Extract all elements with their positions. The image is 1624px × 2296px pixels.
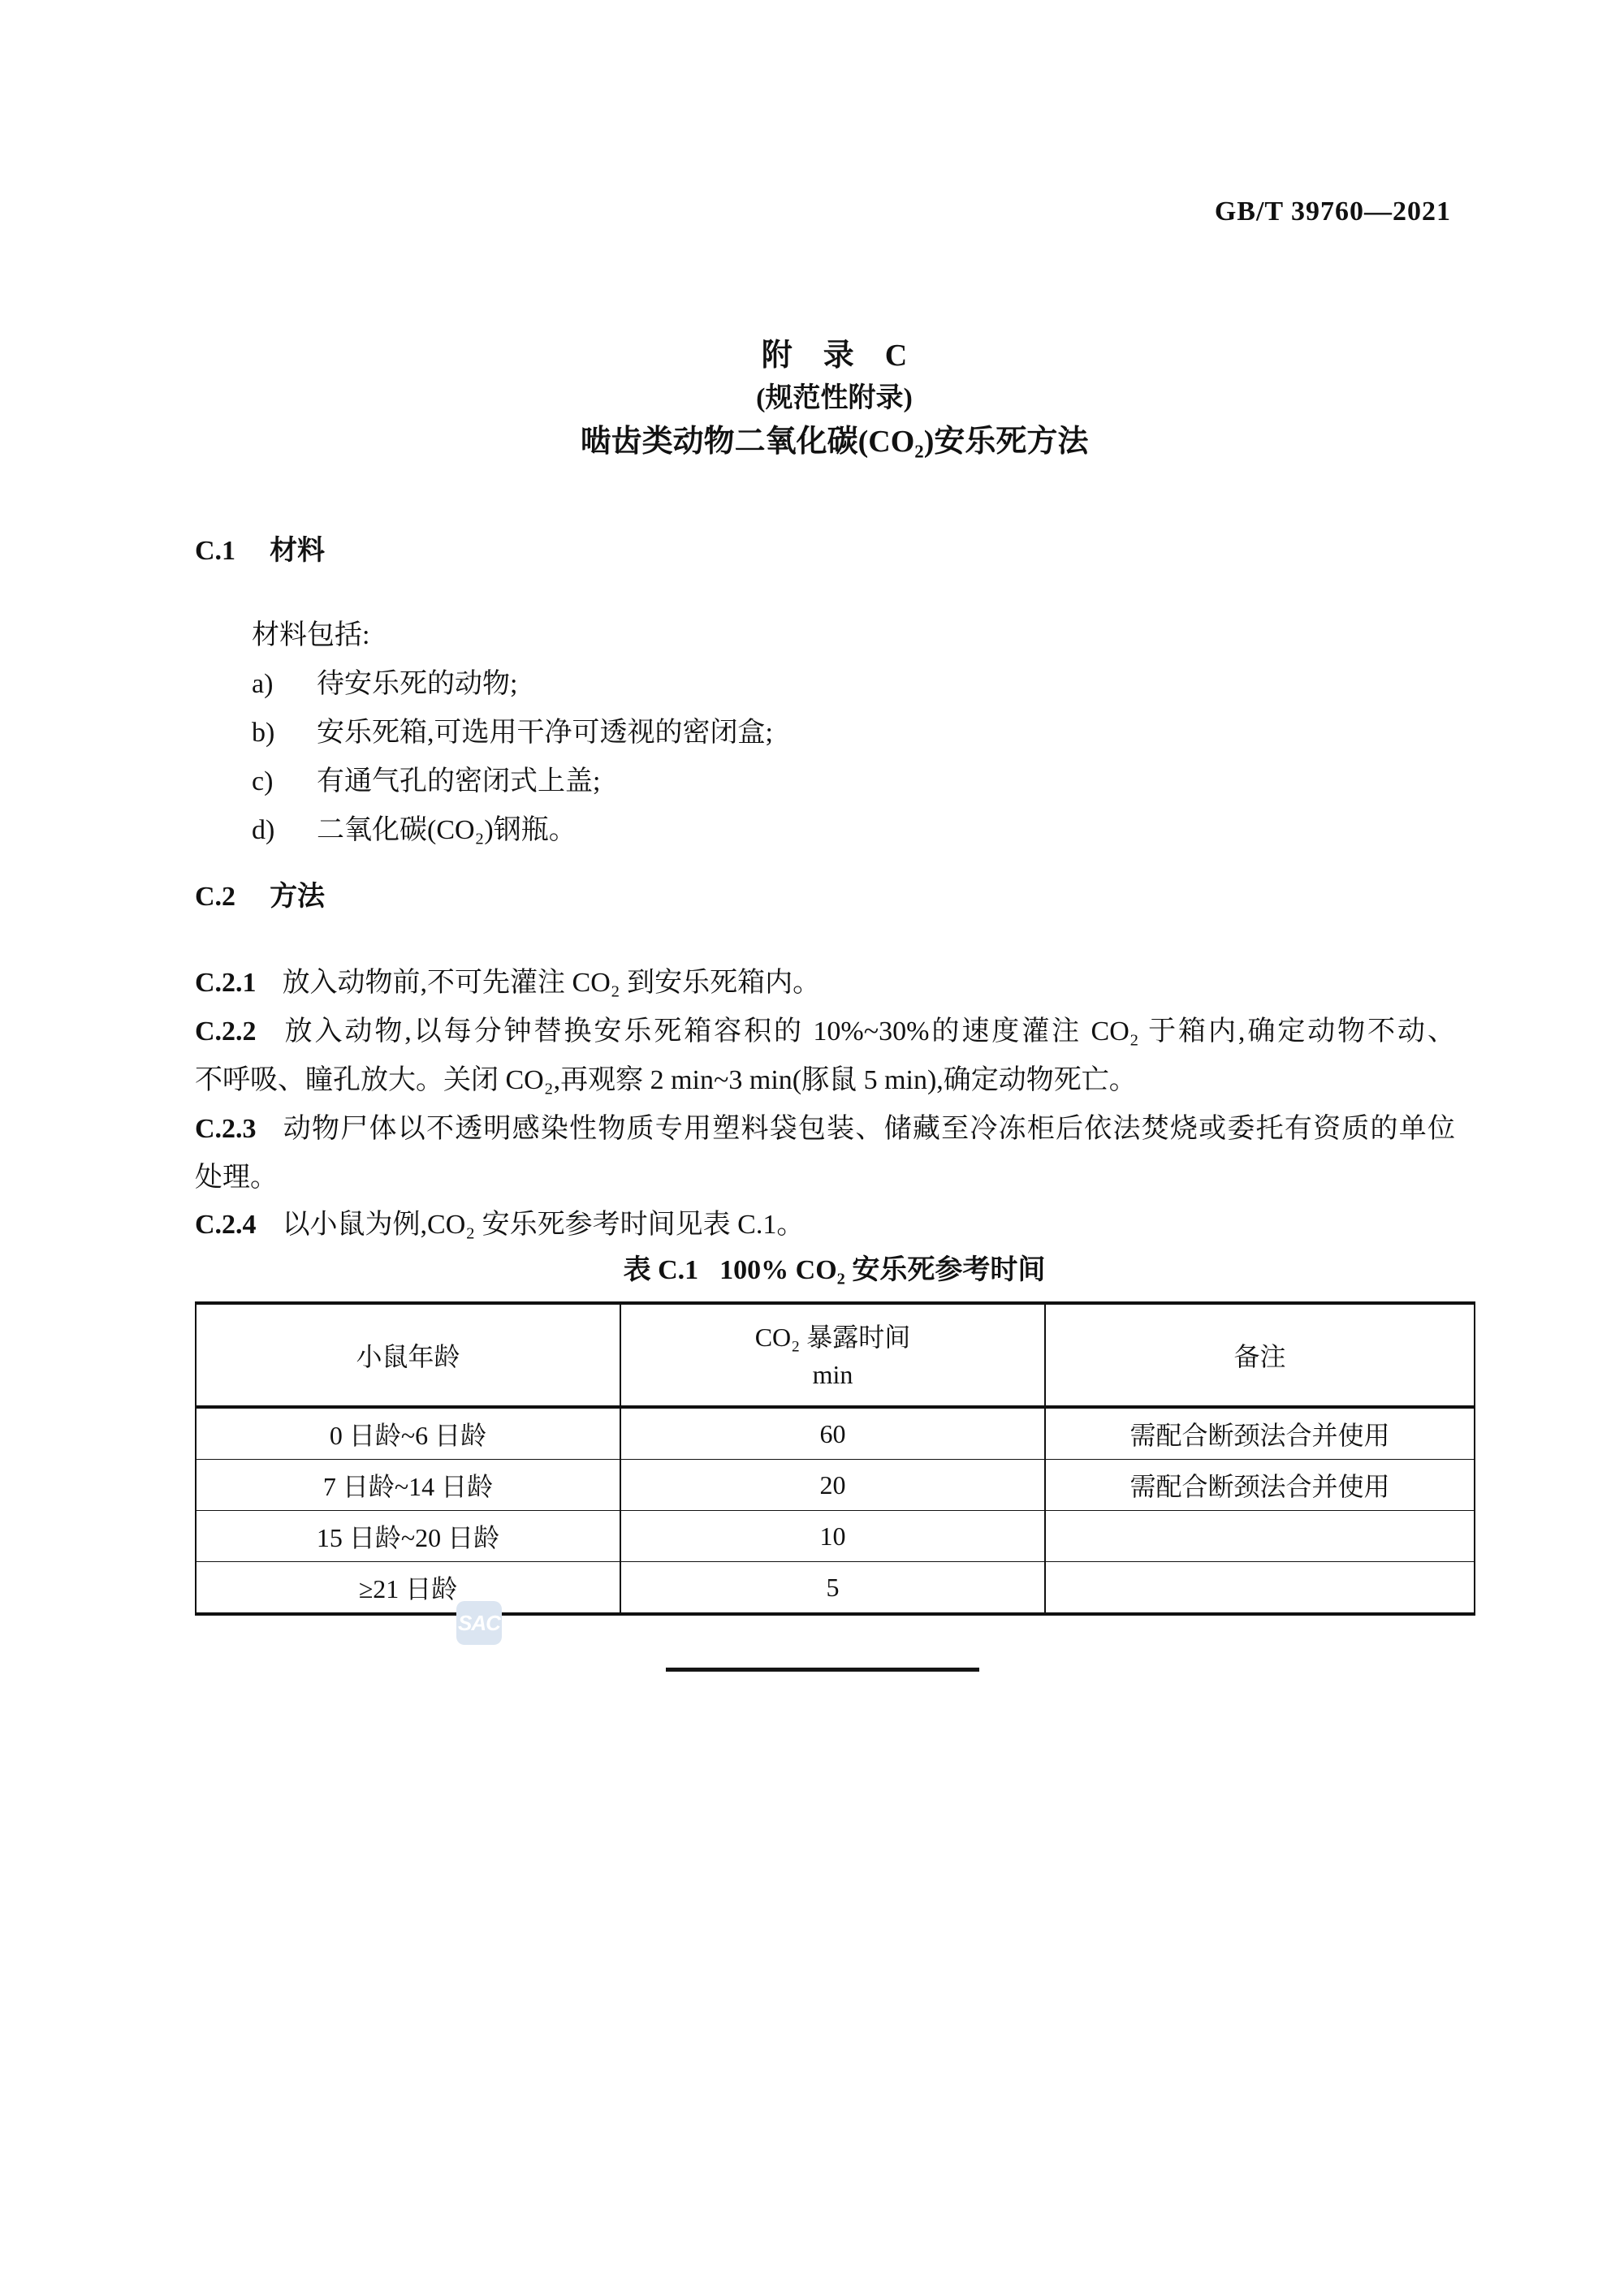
section-c1-number: C.1: [195, 536, 235, 566]
cell-age: ≥21 日龄: [196, 1562, 620, 1615]
section-c2-heading: C.2方法: [195, 874, 325, 913]
table-row: 0 日龄~6 日龄 60 需配合断颈法合并使用: [196, 1407, 1475, 1460]
clause-c222-line1: C.2.2放入动物,以每分钟替换安乐死箱容积的 10%~30%的速度灌注 CO₂…: [195, 1008, 1455, 1048]
list-item-a-label: a): [252, 669, 317, 700]
table-row: 7 日龄~14 日龄 20 需配合断颈法合并使用: [196, 1460, 1475, 1511]
cell-age: 7 日龄~14 日龄: [196, 1460, 620, 1511]
table-header-exposure-title: CO₂ 暴露时间: [621, 1318, 1044, 1358]
table-header-note: 备注: [1045, 1303, 1475, 1407]
clause-c221-number: C.2.1: [195, 968, 257, 998]
section-c1-title: 材料: [270, 536, 325, 566]
clause-c222-number: C.2.2: [195, 1016, 257, 1047]
section-c2-title: 方法: [270, 882, 325, 912]
table-caption: 表 C.1100% CO₂ 安乐死参考时间: [195, 1247, 1474, 1287]
table-caption-label: 表 C.1: [624, 1255, 699, 1285]
list-item-a-text: 待安乐死的动物;: [317, 669, 517, 699]
materials-intro: 材料包括:: [252, 612, 369, 652]
appendix-subject: 啮齿类动物二氧化碳(CO₂)安乐死方法: [195, 416, 1474, 460]
clause-c222-text2: 不呼吸、瞳孔放大。关闭 CO₂,再观察 2 min~3 min(豚鼠 5 min…: [195, 1065, 1137, 1095]
clause-c223-text1: 动物尸体以不透明感染性物质专用塑料袋包装、储藏至冷冻柜后依法焚烧或委托有资质的单…: [283, 1114, 1455, 1144]
list-item-d-text: 二氧化碳(CO₂)钢瓶。: [317, 815, 577, 845]
list-item-b: b)安乐死箱,可选用干净可透视的密闭盒;: [252, 710, 773, 749]
table-row: 15 日龄~20 日龄 10: [196, 1511, 1475, 1562]
list-item-d: d)二氧化碳(CO₂)钢瓶。: [252, 807, 577, 847]
cell-time: 10: [620, 1511, 1045, 1562]
sac-watermark-text: SAC: [458, 1611, 500, 1636]
list-item-c-text: 有通气孔的密闭式上盖;: [317, 766, 600, 796]
cell-time: 20: [620, 1460, 1045, 1511]
appendix-subtitle: (规范性附录): [195, 375, 1474, 415]
table-caption-text: 100% CO₂ 安乐死参考时间: [719, 1255, 1045, 1285]
table-header-exposure: CO₂ 暴露时间 min: [620, 1303, 1045, 1407]
document-page: GB/T 39760—2021 附 录 C (规范性附录) 啮齿类动物二氧化碳(…: [0, 0, 1624, 2296]
euthanasia-time-table: 小鼠年龄 CO₂ 暴露时间 min 备注 0 日龄~6 日龄 60 需配合断颈法…: [195, 1301, 1475, 1616]
standard-number: GB/T 39760—2021: [1215, 196, 1451, 227]
clause-c221: C.2.1放入动物前,不可先灌注 CO₂ 到安乐死箱内。: [195, 960, 1455, 999]
clause-c224-number: C.2.4: [195, 1210, 257, 1240]
clause-c223-text2: 处理。: [195, 1163, 278, 1193]
cell-note: 需配合断颈法合并使用: [1045, 1407, 1475, 1460]
end-of-document-rule: [666, 1668, 979, 1672]
table-header-exposure-unit: min: [621, 1358, 1044, 1392]
clause-c222-text1: 放入动物,以每分钟替换安乐死箱容积的 10%~30%的速度灌注 CO₂ 于箱内,…: [283, 1016, 1455, 1047]
cell-note: [1045, 1511, 1475, 1562]
clause-c223-number: C.2.3: [195, 1114, 257, 1144]
list-item-c: c)有通气孔的密闭式上盖;: [252, 758, 600, 798]
section-c2-number: C.2: [195, 882, 235, 912]
cell-note: 需配合断颈法合并使用: [1045, 1460, 1475, 1511]
table-header-age: 小鼠年龄: [196, 1303, 620, 1407]
clause-c223-line2: 处理。: [195, 1154, 1455, 1194]
cell-time: 5: [620, 1562, 1045, 1615]
appendix-title: 附 录 C: [195, 330, 1474, 374]
clause-c221-text: 放入动物前,不可先灌注 CO₂ 到安乐死箱内。: [283, 968, 821, 998]
cell-time: 60: [620, 1407, 1045, 1460]
cell-age: 15 日龄~20 日龄: [196, 1511, 620, 1562]
clause-c224-text: 以小鼠为例,CO₂ 安乐死参考时间见表 C.1。: [283, 1210, 805, 1240]
section-c1-heading: C.1材料: [195, 528, 325, 568]
list-item-b-text: 安乐死箱,可选用干净可透视的密闭盒;: [317, 718, 773, 748]
list-item-c-label: c): [252, 766, 317, 797]
table-header-row: 小鼠年龄 CO₂ 暴露时间 min 备注: [196, 1303, 1475, 1407]
clause-c222-line2: 不呼吸、瞳孔放大。关闭 CO₂,再观察 2 min~3 min(豚鼠 5 min…: [195, 1057, 1455, 1097]
clause-c223-line1: C.2.3动物尸体以不透明感染性物质专用塑料袋包装、储藏至冷冻柜后依法焚烧或委托…: [195, 1106, 1455, 1146]
list-item-a: a)待安乐死的动物;: [252, 661, 517, 701]
clause-c224: C.2.4以小鼠为例,CO₂ 安乐死参考时间见表 C.1。: [195, 1202, 1455, 1241]
cell-note: [1045, 1562, 1475, 1615]
cell-age: 0 日龄~6 日龄: [196, 1407, 620, 1460]
table-row: ≥21 日龄 5: [196, 1562, 1475, 1615]
list-item-b-label: b): [252, 718, 317, 749]
sac-watermark-logo: SAC: [456, 1601, 502, 1645]
list-item-d-label: d): [252, 815, 317, 846]
